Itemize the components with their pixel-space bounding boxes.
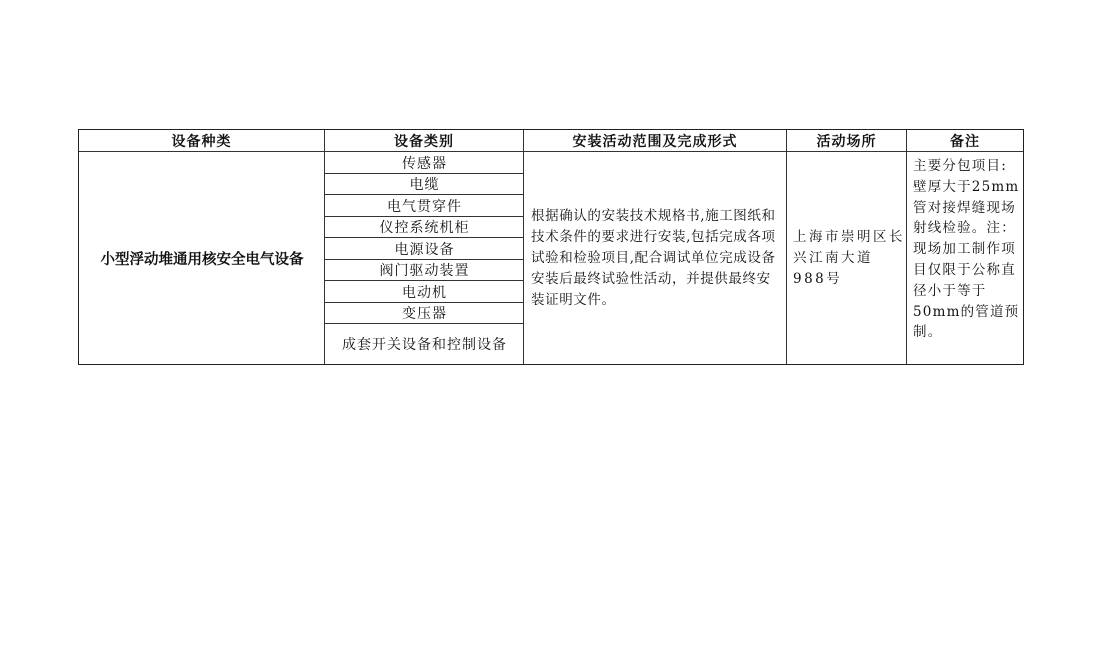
header-remarks: 备注 <box>907 130 1023 152</box>
header-installation-scope: 安装活动范围及完成形式 <box>524 130 786 152</box>
category-cell: 电源设备 <box>325 238 524 259</box>
activity-location-text: 上海市崇明区长兴江南大道988号 <box>793 227 905 290</box>
category-cell: 传感器 <box>325 152 524 173</box>
category-cell: 电动机 <box>325 281 524 302</box>
category-cell: 电气贯穿件 <box>325 195 524 216</box>
installation-table: 设备种类 设备类别 安装活动范围及完成形式 活动场所 备注 小型浮动堆通用核安全… <box>78 129 1024 365</box>
column-divider <box>786 130 787 364</box>
category-cell: 阀门驱动装置 <box>325 260 524 280</box>
header-equipment-kind: 设备种类 <box>79 130 324 152</box>
activity-location-cell: 上海市崇明区长兴江南大道988号 <box>793 152 905 364</box>
column-divider <box>906 130 907 364</box>
category-cell: 仪控系统机柜 <box>325 217 524 237</box>
remarks-cell: 主要分包项目:壁厚大于25mm管对接焊缝现场射线检验。注：现场加工制作项目仅限于… <box>913 156 1021 343</box>
category-cell: 变压器 <box>325 303 524 323</box>
installation-scope-text: 根据确认的安装技术规格书,施工图纸和技术条件的要求进行安装,包括完成各项试验和检… <box>531 206 783 311</box>
category-cell: 成套开关设备和控制设备 <box>325 324 524 364</box>
equipment-kind-cell: 小型浮动堆通用核安全电气设备 <box>79 152 325 364</box>
category-cell: 电缆 <box>325 174 524 194</box>
header-equipment-category: 设备类别 <box>325 130 523 152</box>
installation-scope-cell: 根据确认的安装技术规格书,施工图纸和技术条件的要求进行安装,包括完成各项试验和检… <box>531 152 783 364</box>
header-activity-location: 活动场所 <box>787 130 906 152</box>
